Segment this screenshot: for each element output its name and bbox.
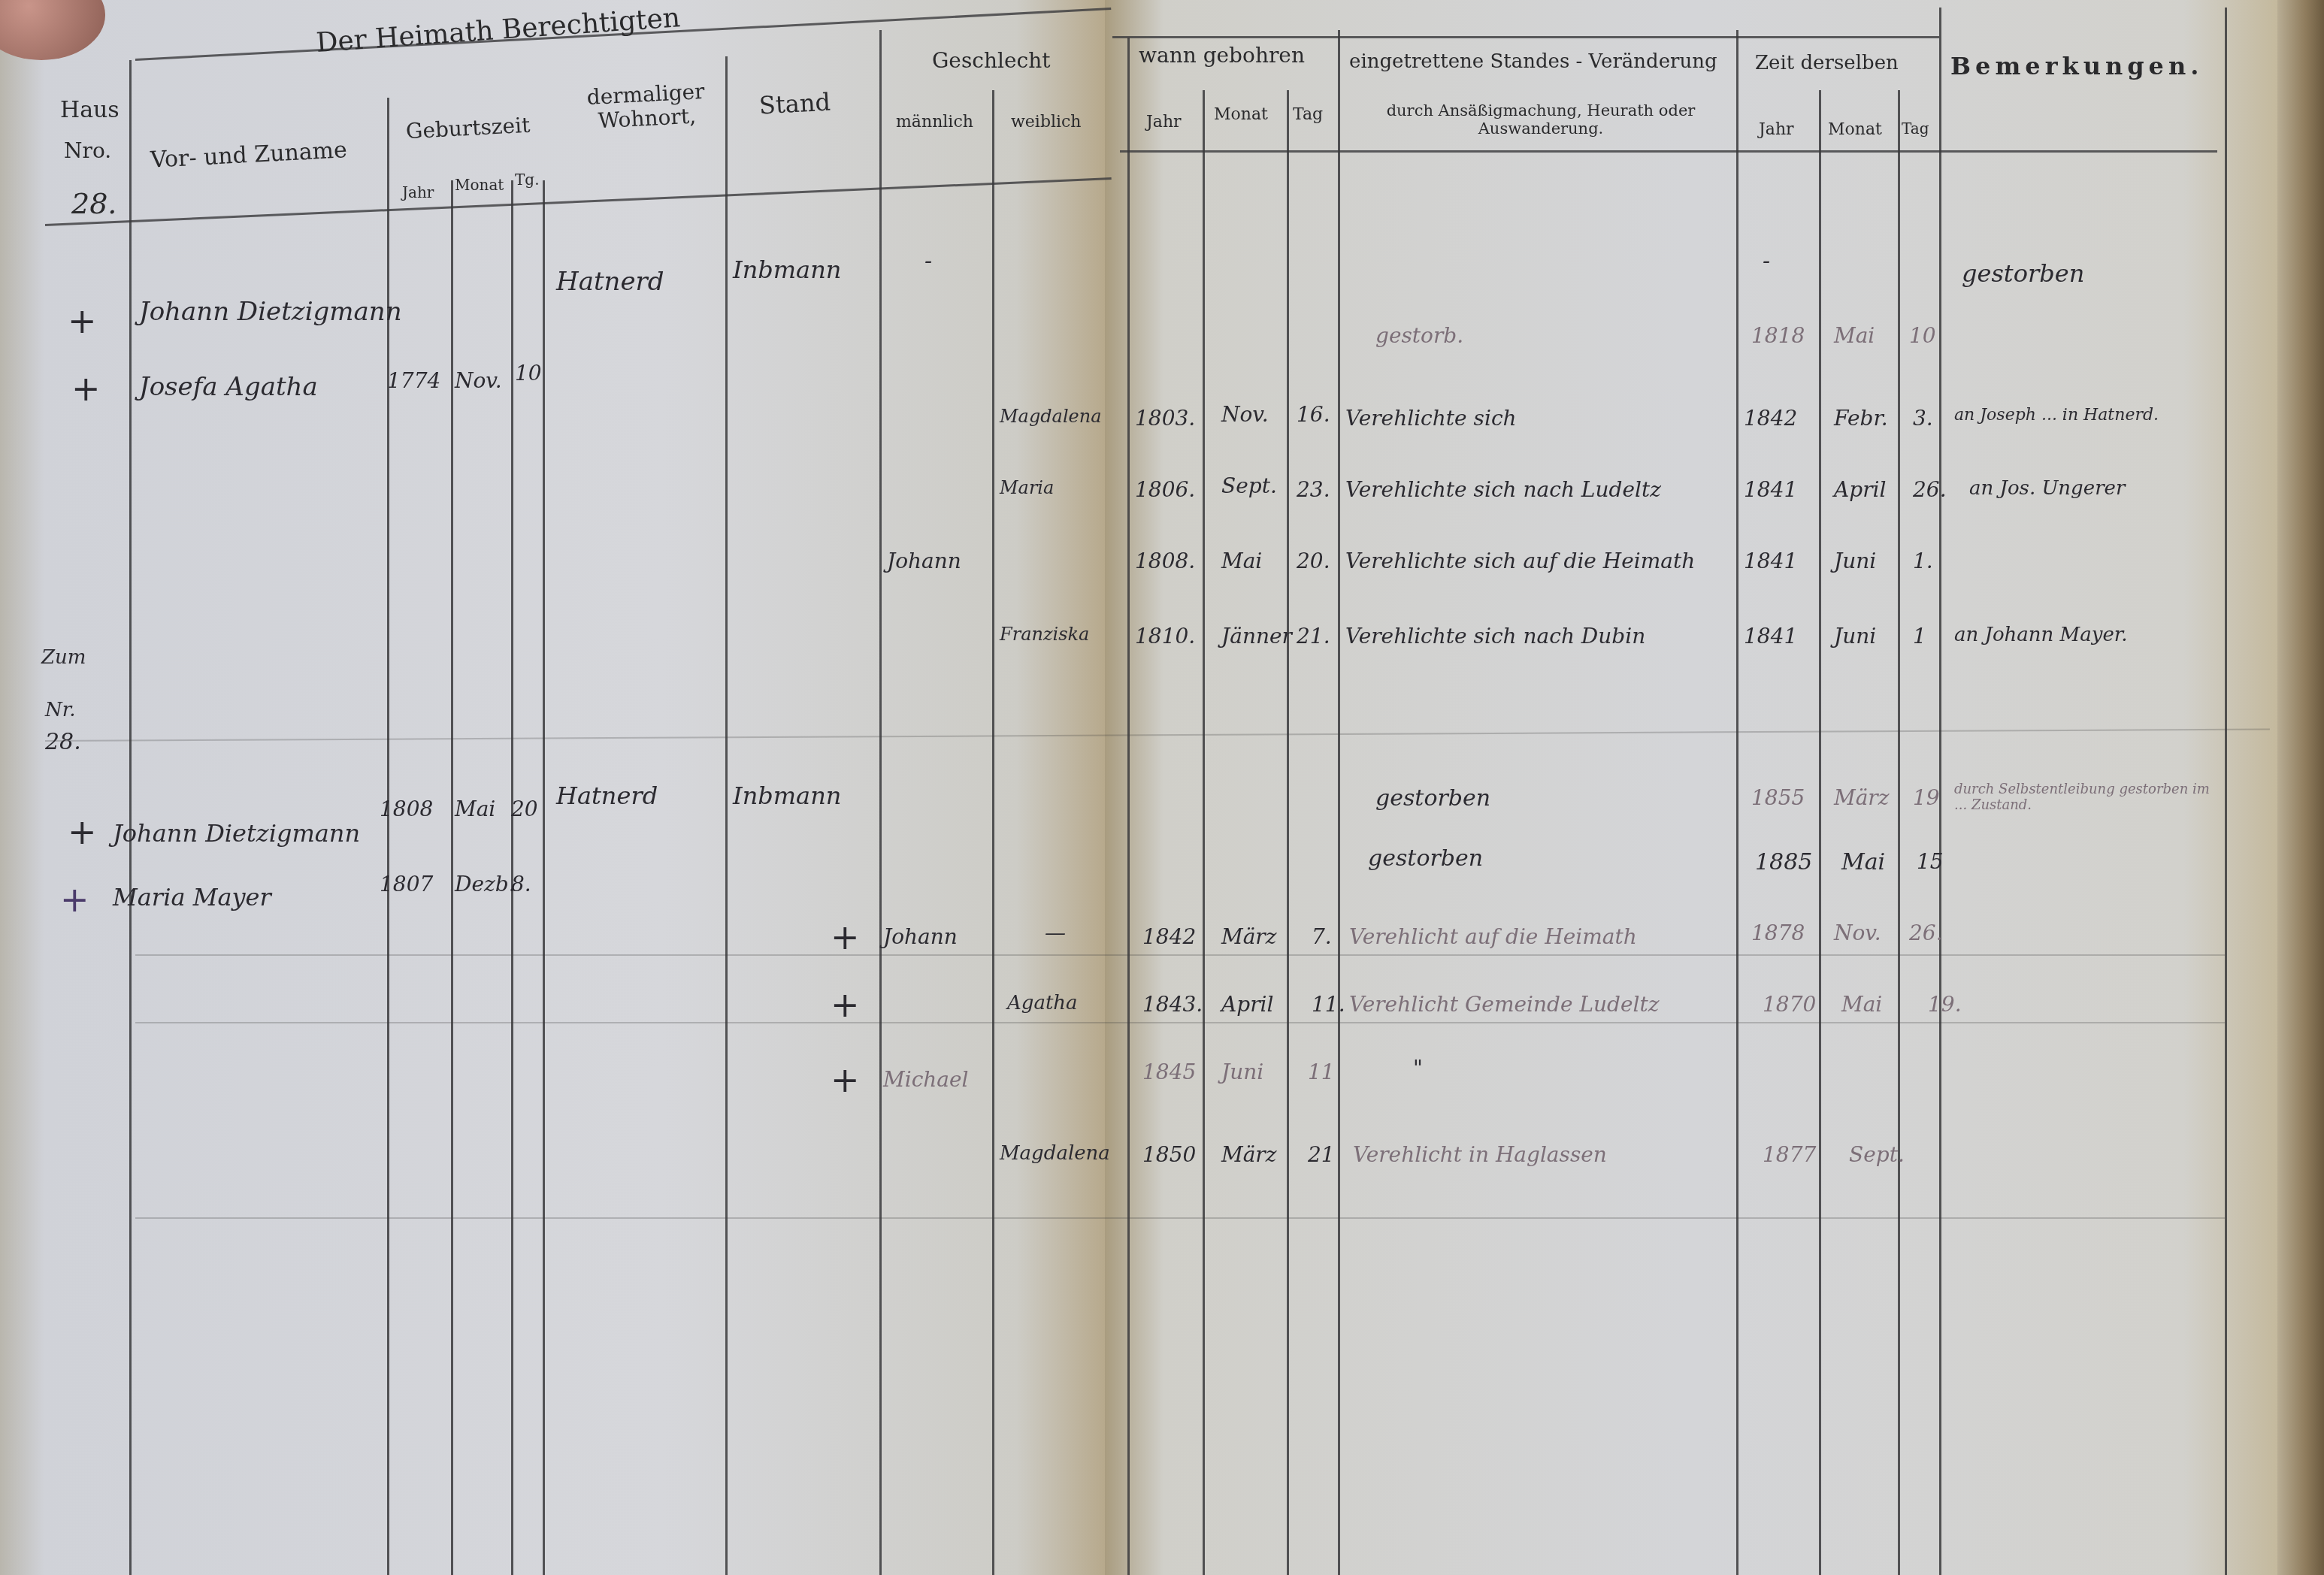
- zd-tag-cell: 10: [1909, 323, 1936, 348]
- wg-jahr-cell: 1806.: [1135, 477, 1195, 502]
- wg-tag-cell: 23.: [1297, 477, 1330, 502]
- tag-cell: 8.: [511, 872, 531, 896]
- wg-jahr-header: Jahr: [1146, 113, 1182, 132]
- zd-jahr-cell: 1841: [1744, 624, 1797, 648]
- row-rule: [135, 954, 2225, 956]
- tag-header: Tg.: [515, 171, 540, 189]
- zd-monat-cell: Febr.: [1834, 406, 1888, 431]
- col-rule: [1127, 38, 1130, 1575]
- zd-tag-cell: 19.: [1928, 992, 1962, 1017]
- col-rule: [1736, 30, 1738, 1575]
- monat-cell: Dezb.: [455, 872, 516, 896]
- name-cell: Josefa Agatha: [139, 372, 318, 402]
- zd-tag-cell: 26.: [1909, 921, 1943, 945]
- row-rule: [135, 1022, 2225, 1023]
- wg-jahr-cell: 1842: [1142, 924, 1196, 949]
- zd-jahr-cell: 1841: [1744, 549, 1797, 573]
- bemerkungen-cell: durch Selbstentleibung gestorben im ... …: [1954, 781, 2225, 813]
- cross-mark: +: [831, 984, 860, 1025]
- zd-jahr-header: Jahr: [1759, 120, 1794, 139]
- col-rule: [992, 90, 994, 1575]
- cross-mark: +: [68, 812, 97, 852]
- name-cell: Johann Dietzigmann: [139, 297, 402, 327]
- wg-monat-cell: Sept.: [1221, 473, 1277, 498]
- col-rule: [2225, 8, 2227, 1575]
- weiblich-cell: Agatha: [1007, 992, 1078, 1014]
- margin-note: Nr.: [45, 699, 76, 721]
- wg-monat-cell: Juni: [1221, 1060, 1263, 1084]
- zd-tag-cell: 19: [1913, 785, 1940, 810]
- zd-jahr-cell: 1877: [1763, 1142, 1816, 1167]
- wg-tag-cell: 21.: [1297, 624, 1330, 648]
- zd-tag-cell: 15: [1917, 849, 1944, 874]
- margin-note: Zum: [41, 646, 86, 669]
- wg-monat-cell: April: [1221, 992, 1273, 1017]
- veraenderung-cell: gestorben: [1375, 785, 1490, 812]
- weiblich-cell: Maria: [1000, 477, 1054, 498]
- col-rule: [1819, 90, 1821, 1575]
- stand-header: Stand: [758, 89, 831, 120]
- wg-jahr-cell: 1845: [1142, 1060, 1196, 1084]
- zd-monat-cell: Juni: [1834, 624, 1876, 648]
- monat-cell: Nov.: [455, 368, 502, 393]
- bemerkungen-cell: an Joseph ... in Hatnerd.: [1954, 406, 2159, 425]
- col-rule: [543, 180, 545, 1575]
- zd-monat-cell: Mai: [1841, 992, 1882, 1017]
- wg-tag-cell: 21: [1308, 1142, 1335, 1167]
- wg-tag-cell: 16.: [1297, 402, 1330, 427]
- cross-mark: +: [71, 368, 101, 409]
- veraenderung-cell: Verehlichte sich nach Ludeltz: [1345, 477, 1661, 502]
- col-rule: [879, 30, 882, 1575]
- wg-monat-cell: März: [1221, 1142, 1277, 1167]
- wg-monat-cell: März: [1221, 924, 1277, 949]
- wg-monat-cell: Nov.: [1221, 402, 1269, 427]
- wg-jahr-cell: 1850: [1142, 1142, 1196, 1167]
- veraenderung-sub-header: durch Ansäßigmachung, Heurath oder Auswa…: [1375, 101, 1706, 138]
- wg-tag-header: Tag: [1293, 105, 1323, 124]
- book-edge: [2277, 0, 2324, 1575]
- veraenderung-header: eingetrettene Standes - Veränderung: [1349, 51, 1717, 74]
- wg-monat-cell: Mai: [1221, 549, 1262, 573]
- cross-mark: +: [68, 301, 97, 341]
- col-rule: [1898, 90, 1900, 1575]
- col-rule: [1287, 90, 1289, 1575]
- zd-jahr-cell: 1842: [1744, 406, 1797, 431]
- veraenderung-cell: gestorb.: [1375, 323, 1463, 348]
- maennlich-cell: Johann: [887, 549, 961, 573]
- col-rule: [1203, 90, 1205, 1575]
- veraenderung-cell: Verehlicht auf die Heimath: [1349, 924, 1637, 949]
- wg-tag-cell: 11.: [1312, 992, 1345, 1017]
- wg-tag-cell: 11: [1308, 1060, 1335, 1084]
- zd-monat-cell: April: [1834, 477, 1886, 502]
- bemerkungen-header: Bemerkungen.: [1950, 53, 2203, 80]
- monat-cell: Mai: [455, 797, 495, 821]
- geschlecht-header: Geschlecht: [932, 49, 1051, 73]
- header-rule-top-right: [1112, 36, 1939, 38]
- wg-monat-header: Monat: [1214, 105, 1268, 124]
- zeit-derselben-header: Zeit derselben: [1755, 53, 1899, 75]
- zd-monat-cell: Mai: [1834, 323, 1875, 348]
- haus-number: 28.: [71, 188, 117, 221]
- dash-cell: -: [1763, 248, 1770, 274]
- col-rule: [725, 56, 728, 1575]
- nro-label: Nro.: [64, 139, 111, 163]
- maennlich-cell: Michael: [883, 1067, 969, 1092]
- zd-monat-cell: Sept.: [1849, 1142, 1905, 1167]
- margin-note: 28.: [45, 729, 81, 755]
- cross-mark: +: [831, 917, 860, 957]
- zd-jahr-cell: 1870: [1763, 992, 1816, 1017]
- zd-jahr-cell: 1885: [1755, 849, 1812, 875]
- wohnort-header: dermaliger Wohnort,: [581, 80, 711, 135]
- wg-jahr-cell: 1843.: [1142, 992, 1203, 1017]
- bemerkungen-cell: gestorben: [1962, 259, 2084, 288]
- zd-tag-header: Tag: [1902, 120, 1929, 138]
- cross-mark: +: [60, 879, 89, 920]
- wg-jahr-cell: 1803.: [1135, 406, 1195, 431]
- stand-cell: Inbmann: [733, 781, 841, 810]
- wg-monat-cell: Jänner: [1221, 624, 1292, 648]
- zd-jahr-cell: 1818: [1751, 323, 1805, 348]
- zd-jahr-cell: 1878: [1751, 921, 1805, 945]
- veraenderung-cell: Verehlicht in Haglassen: [1353, 1142, 1607, 1167]
- weiblich-cell: Magdalena: [1000, 406, 1102, 427]
- veraenderung-cell: Verehlichte sich auf die Heimath: [1345, 549, 1695, 573]
- tag-cell: 20: [511, 797, 538, 821]
- col-rule: [129, 60, 132, 1575]
- left-page: [0, 0, 1105, 1575]
- jahr-cell: 1808: [380, 797, 433, 821]
- wohnort-cell: Hatnerd: [556, 267, 664, 297]
- zd-monat-cell: Mai: [1841, 849, 1885, 875]
- name-cell: Maria Mayer: [113, 883, 271, 911]
- monat-header: Monat: [455, 177, 504, 194]
- weiblich-cell: —: [1045, 921, 1066, 945]
- zd-tag-cell: 1.: [1913, 549, 1933, 573]
- maennlich-header: männlich: [896, 113, 973, 132]
- name-cell: Johann Dietzigmann: [113, 819, 360, 848]
- jahr-cell: 1774: [387, 368, 440, 393]
- maennlich-cell: Johann: [883, 924, 958, 949]
- haus-label: Haus: [60, 98, 120, 124]
- row-rule: [135, 1217, 2225, 1219]
- tag-cell: 10: [515, 361, 542, 385]
- wann-gebohren-header: wann gebohren: [1139, 44, 1305, 68]
- wg-tag-cell: 20.: [1297, 549, 1330, 573]
- zd-tag-cell: 1: [1913, 624, 1926, 648]
- zd-tag-cell: 3.: [1913, 406, 1933, 431]
- zd-monat-header: Monat: [1828, 120, 1882, 139]
- wohnort-cell: Hatnerd: [556, 781, 658, 810]
- jahr-header: Jahr: [402, 184, 434, 201]
- zd-tag-cell: 26.: [1913, 477, 1947, 502]
- col-rule: [1338, 30, 1340, 1575]
- weiblich-cell: Franziska: [1000, 624, 1089, 645]
- zd-monat-cell: März: [1834, 785, 1890, 810]
- header-rule-bottom-right: [1120, 150, 2217, 153]
- col-rule: [451, 180, 453, 1575]
- zd-jahr-cell: 1855: [1751, 785, 1805, 810]
- wg-tag-cell: 7.: [1312, 924, 1332, 949]
- veraenderung-cell: Verehlicht Gemeinde Ludeltz: [1349, 992, 1660, 1017]
- register-book: Der Heimath Berechtigten Haus Nro. 28. V…: [0, 0, 2324, 1575]
- zd-jahr-cell: 1841: [1744, 477, 1797, 502]
- zd-monat-cell: Nov.: [1834, 921, 1881, 945]
- cross-mark: +: [831, 1060, 860, 1100]
- weiblich-cell: Magdalena: [1000, 1142, 1110, 1165]
- wg-jahr-cell: 1810.: [1135, 624, 1195, 648]
- bemerkungen-cell: an Johann Mayer.: [1954, 624, 2128, 646]
- veraenderung-cell: ": [1413, 1056, 1423, 1081]
- stand-cell: Inbmann: [733, 255, 841, 284]
- veraenderung-cell: gestorben: [1368, 845, 1483, 872]
- veraenderung-cell: Verehlichte sich nach Dubin: [1345, 624, 1645, 648]
- jahr-cell: 1807: [380, 872, 433, 896]
- weiblich-header: weiblich: [1011, 113, 1082, 132]
- bemerkungen-cell: an Jos. Ungerer: [1969, 477, 2125, 500]
- zd-monat-cell: Juni: [1834, 549, 1876, 573]
- dash-cell: -: [924, 248, 932, 274]
- veraenderung-cell: Verehlichte sich: [1345, 406, 1517, 431]
- wg-jahr-cell: 1808.: [1135, 549, 1195, 573]
